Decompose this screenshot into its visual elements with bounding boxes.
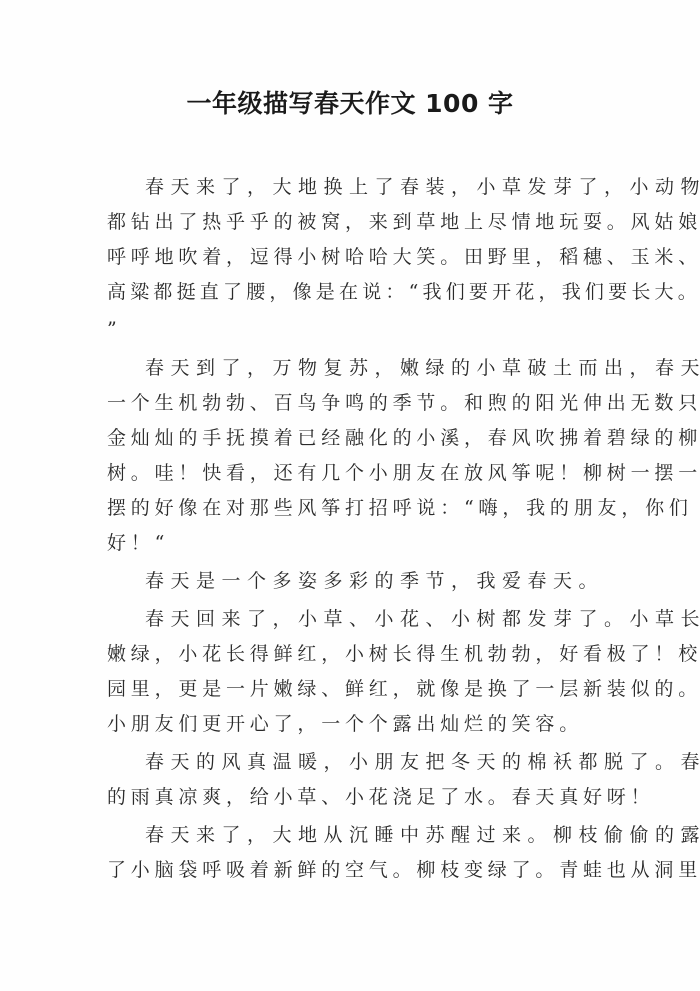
document-body: 春天来了，大地换上了春装，小草发芽了，小动物们 都钻出了热乎乎的被窝，来到草地上… bbox=[107, 170, 581, 888]
text-line: 都钻出了热乎乎的被窝，来到草地上尽情地玩耍。风姑娘 bbox=[107, 205, 581, 240]
document-page: 一年级描写春天作文 100 字 春天来了，大地换上了春装，小草发芽了，小动物们 … bbox=[0, 0, 700, 991]
text-line: 春天来了，大地换上了春装，小草发芽了，小动物们 bbox=[107, 170, 581, 205]
paragraph-6: 春天来了，大地从沉睡中苏醒过来。柳枝偷偷的露出 了小脑袋呼吸着新鲜的空气。柳枝变… bbox=[107, 818, 581, 888]
text-line: 春天回来了，小草、小花、小树都发芽了。小草长得 bbox=[107, 602, 581, 637]
paragraph-4: 春天回来了，小草、小花、小树都发芽了。小草长得 嫩绿，小花长得鲜红，小树长得生机… bbox=[107, 602, 581, 742]
paragraph-2: 春天到了，万物复苏，嫩绿的小草破土而出，春天是 一个生机勃勃、百鸟争鸣的季节。和… bbox=[107, 351, 581, 561]
text-line: 园里，更是一片嫩绿、鲜红，就像是换了一层新装似的。 bbox=[107, 672, 581, 707]
text-line: ” bbox=[107, 310, 581, 348]
text-line: 春天是一个多姿多彩的季节，我爱春天。 bbox=[107, 564, 581, 599]
text-line: 小朋友们更开心了，一个个露出灿烂的笑容。 bbox=[107, 707, 581, 742]
text-line: 的雨真凉爽，给小草、小花浇足了水。春天真好呀！ bbox=[107, 780, 581, 815]
document-title: 一年级描写春天作文 100 字 bbox=[0, 84, 700, 120]
text-line: 春天来了，大地从沉睡中苏醒过来。柳枝偷偷的露出 bbox=[107, 818, 581, 853]
text-line: 一个生机勃勃、百鸟争鸣的季节。和煦的阳光伸出无数只 bbox=[107, 386, 581, 421]
paragraph-1: 春天来了，大地换上了春装，小草发芽了，小动物们 都钻出了热乎乎的被窝，来到草地上… bbox=[107, 170, 581, 348]
text-line: 春天到了，万物复苏，嫩绿的小草破土而出，春天是 bbox=[107, 351, 581, 386]
text-line: 金灿灿的手抚摸着已经融化的小溪，春风吹拂着碧绿的柳 bbox=[107, 421, 581, 456]
paragraph-3: 春天是一个多姿多彩的季节，我爱春天。 bbox=[107, 564, 581, 599]
text-line: 树。哇！快看，还有几个小朋友在放风筝呢！柳树一摆一 bbox=[107, 456, 581, 491]
paragraph-5: 春天的风真温暖，小朋友把冬天的棉袄都脱了。春天 的雨真凉爽，给小草、小花浇足了水… bbox=[107, 745, 581, 815]
text-line: 了小脑袋呼吸着新鲜的空气。柳枝变绿了。青蛙也从洞里 bbox=[107, 853, 581, 888]
text-line: 高粱都挺直了腰，像是在说：“我们要开花，我们要长大。 bbox=[107, 275, 581, 310]
text-line: 呼呼地吹着，逗得小树哈哈大笑。田野里，稻穗、玉米、 bbox=[107, 240, 581, 275]
text-line: 摆的好像在对那些风筝打招呼说：“嗨，我的朋友，你们 bbox=[107, 491, 581, 526]
text-line: 春天的风真温暖，小朋友把冬天的棉袄都脱了。春天 bbox=[107, 745, 581, 780]
text-line: 好！“ bbox=[107, 526, 581, 561]
text-line: 嫩绿，小花长得鲜红，小树长得生机勃勃，好看极了！校 bbox=[107, 637, 581, 672]
